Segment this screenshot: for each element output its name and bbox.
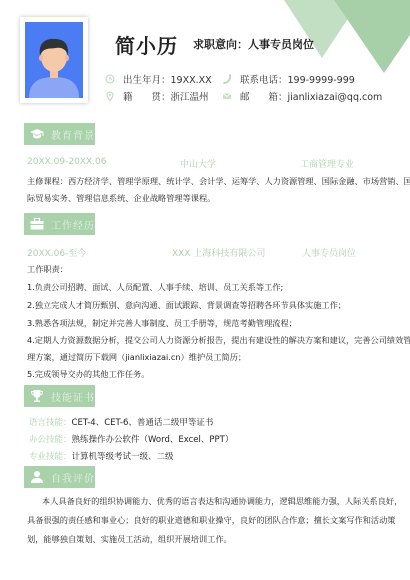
work-duty-item: 1.负责公司招聘、面试、人员配置、人事手续、培训、员工关系等工作; [27, 282, 283, 293]
skill-value: CET-4、CET-6、普通话二级甲等证书 [72, 418, 214, 428]
section-header-skills: 技能证书 [24, 385, 95, 407]
skill-label: 语言技能： [29, 418, 72, 428]
self-eval-line: 划，能够独自策划、实施员工活动，组织开展培训工作。 [27, 534, 232, 545]
candidate-name: 简小历 [115, 30, 178, 59]
section-title: 自我评价 [51, 470, 95, 485]
work-duty-item: 理方案，通过简历下载网（jianlixiazai.cn）维护员工简历； [27, 352, 246, 363]
skill-label: 办公技能： [29, 435, 72, 445]
education-period: 20XX.09-20XX.06 [27, 157, 106, 167]
mail-icon [222, 91, 232, 101]
self-eval-line: 本人具备良好的组织协调能力、优秀的语言表达和沟通协调能力，逻辑思维能力强，人际关… [42, 496, 402, 507]
skill-item: 语言技能：CET-4、CET-6、普通话二级甲等证书 [29, 416, 213, 428]
section-header-self-eval: 自我评价 [24, 466, 95, 488]
graduation-cap-icon [29, 127, 45, 141]
section-title: 技能证书 [51, 389, 95, 404]
person-avatar-icon [25, 22, 83, 98]
work-duty-item: 5.完成领导交办的其他工作任务。 [27, 369, 149, 380]
birth-text: 出生年月：19XX.XX [123, 72, 212, 86]
location-pin-icon [105, 91, 115, 101]
avatar [20, 17, 88, 103]
work-duty-item: 2.独立完成人才简历甄别、意向沟通、面试跟踪、背景调查等招聘各环节具体实施工作； [27, 300, 346, 311]
phone-icon [222, 74, 232, 84]
education-major: 工商管理专业 [300, 157, 354, 170]
work-company: XXX 上海科技有限公司 [172, 246, 265, 259]
info-birth: 出生年月：19XX.XX [105, 72, 212, 86]
work-duties-label: 工作职责： [27, 264, 68, 275]
origin-text: 籍 贯：浙江温州 [123, 89, 209, 103]
work-duty-item: 3.熟悉各项法规，制定并完善人事制度、员工手册等，规范考勤管理流程； [27, 318, 297, 329]
trophy-icon [29, 389, 45, 403]
avatar-photo [25, 22, 83, 98]
decor-triangle-dark [334, 0, 410, 73]
info-phone: 联系电话：199-9999-999 [222, 72, 355, 86]
phone-text: 联系电话：199-9999-999 [240, 72, 355, 86]
section-title: 教育背景 [51, 127, 95, 142]
email-text: 邮 箱：jianlixiazai@qq.com [240, 89, 382, 103]
education-courses-line2: 际贸易实务、管理信息系统、企业战略管理等课程。 [27, 193, 215, 204]
user-icon [29, 470, 45, 484]
work-duty-item: 4.定期人力资源数据分析，提交公司人力资源分析报告，提出有建设性的解决方案和建议… [27, 335, 410, 346]
section-header-education: 教育背景 [24, 123, 95, 145]
section-title: 工作经历 [51, 217, 95, 232]
skill-item: 专业技能：计算机等级考试一级、二级 [29, 450, 174, 462]
briefcase-icon [29, 217, 45, 231]
work-position: 人事专员岗位 [302, 246, 356, 259]
clock-icon [105, 74, 115, 84]
skill-label: 专业技能： [29, 452, 72, 462]
job-intent: 求职意向：人事专员岗位 [193, 36, 314, 52]
education-courses-line1: 主修课程：西方经济学、管理学原理、统计学、会计学、运筹学、人力资源管理、国际金融… [27, 176, 410, 187]
info-origin: 籍 贯：浙江温州 [105, 89, 209, 103]
self-eval-line: 具备很强的责任感和事业心；良好的职业道德和职业操守，良好的团队合作意；擅长文案写… [27, 515, 395, 526]
skill-value: 计算机等级考试一级、二级 [72, 452, 174, 462]
education-school: 中山大学 [180, 157, 216, 170]
skill-item: 办公技能：熟练操作办公软件（Word、Excel、PPT） [29, 433, 233, 445]
skill-value: 熟练操作办公软件（Word、Excel、PPT） [72, 435, 234, 445]
section-header-work: 工作经历 [24, 213, 95, 235]
work-period: 20XX.06-至今 [27, 246, 86, 259]
info-email: 邮 箱：jianlixiazai@qq.com [222, 89, 382, 103]
